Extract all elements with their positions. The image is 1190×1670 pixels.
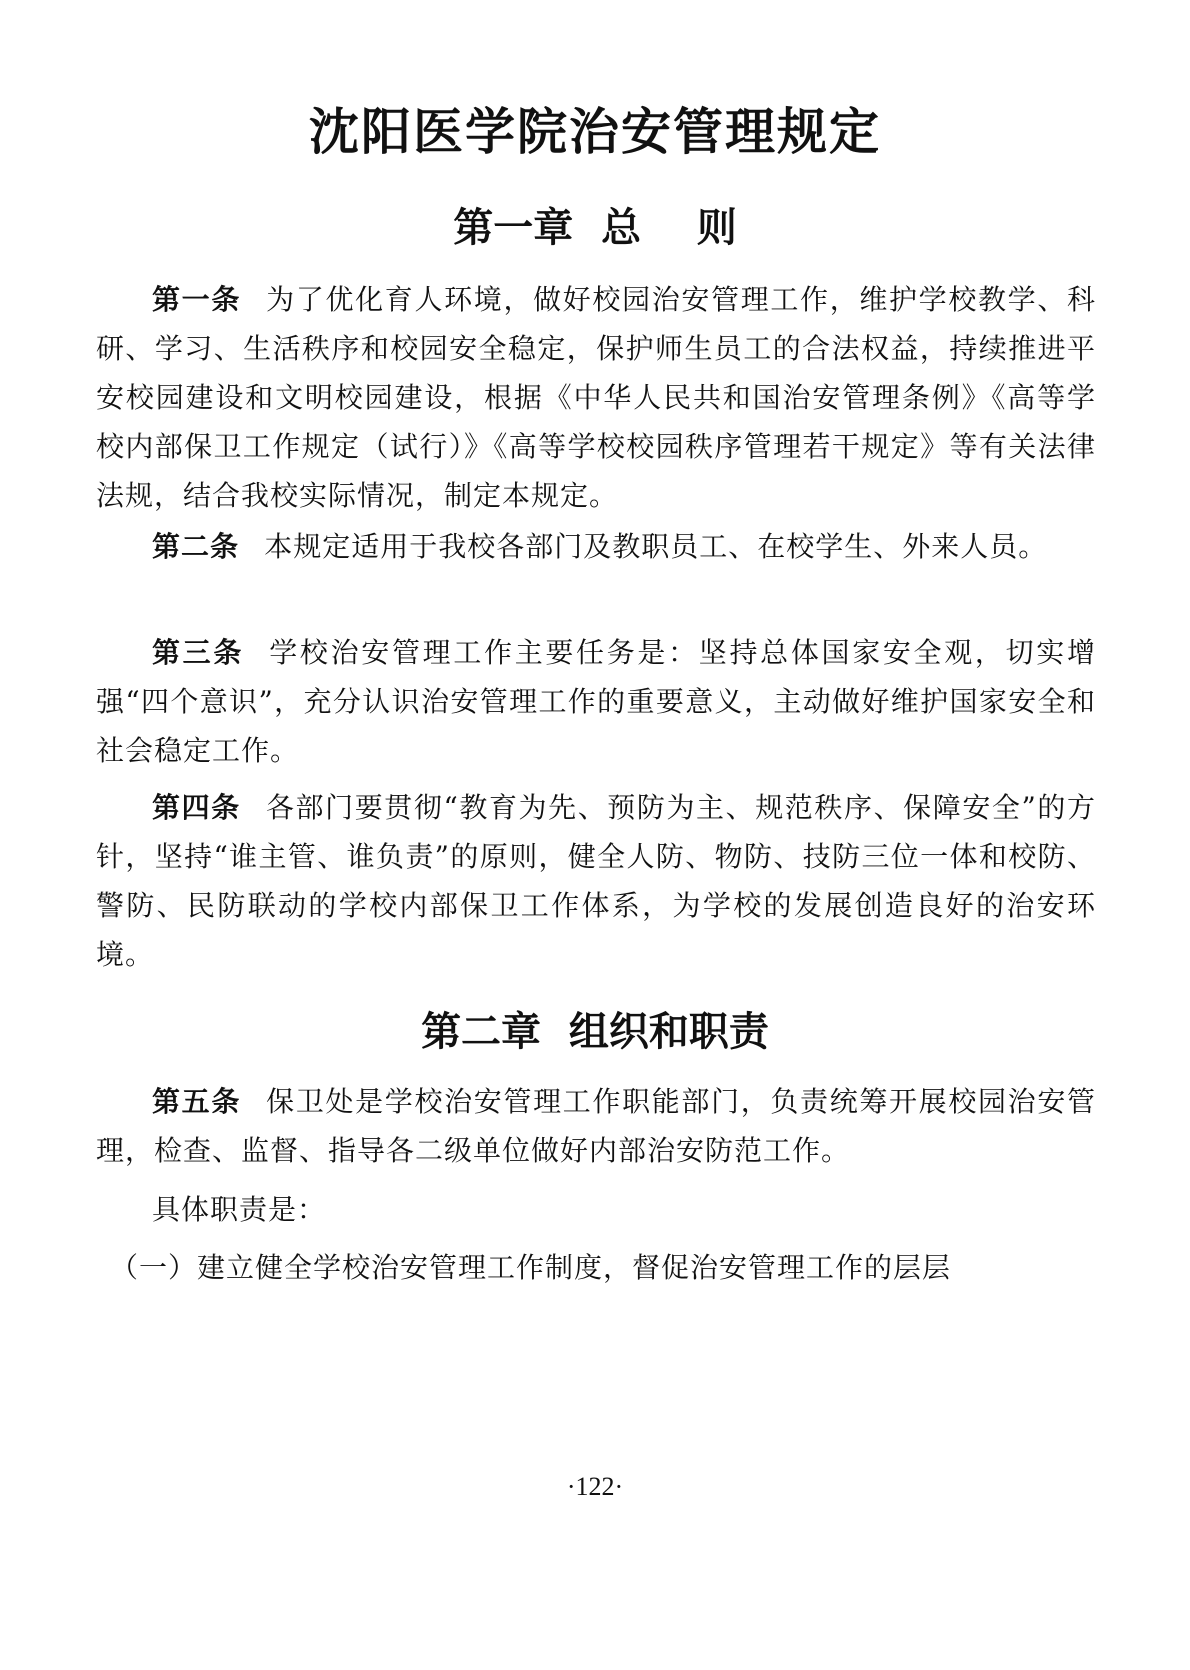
duties-intro: 具体职责是： <box>96 1185 1096 1234</box>
article-2: 第二条本规定适用于我校各部门及教职员工、在校学生、外来人员。 <box>96 522 1096 571</box>
duty-item-1: （一）建立健全学校治安管理工作制度，督促治安管理工作的层层 <box>96 1243 1096 1292</box>
article-4: 第四条各部门要贯彻“教育为先、预防为主、规范秩序、保障安全”的方针，坚持“谁主管… <box>96 783 1096 979</box>
article-5: 第五条保卫处是学校治安管理工作职能部门，负责统筹开展校园治安管理，检查、监督、指… <box>96 1077 1096 1175</box>
article-text: 学校治安管理工作主要任务是：坚持总体国家安全观，切实增强“四个意识”，充分认识治… <box>96 636 1096 767</box>
chapter-heading-1: 第一章 总 则 <box>0 196 1190 253</box>
article-label: 第四条 <box>152 791 241 824</box>
article-text: 为了优化育人环境，做好校园治安管理工作，维护学校教学、科研、学习、生活秩序和校园… <box>96 283 1096 512</box>
article-label: 第一条 <box>152 283 241 316</box>
chapter-heading-2: 第二章 组织和职责 <box>0 1000 1190 1057</box>
article-text: 保卫处是学校治安管理工作职能部门，负责统筹开展校园治安管理，检查、监督、指导各二… <box>96 1085 1096 1167</box>
document-title: 沈阳医学院治安管理规定 <box>0 92 1190 164</box>
article-text: 本规定适用于我校各部门及教职员工、在校学生、外来人员。 <box>264 530 1047 563</box>
article-1: 第一条为了优化育人环境，做好校园治安管理工作，维护学校教学、科研、学习、生活秩序… <box>96 275 1096 520</box>
article-3: 第三条学校治安管理工作主要任务是：坚持总体国家安全观，切实增强“四个意识”，充分… <box>96 628 1096 775</box>
article-label: 第二条 <box>152 530 239 563</box>
page-number: ·122· <box>0 1472 1190 1502</box>
article-label: 第三条 <box>152 636 244 669</box>
article-label: 第五条 <box>152 1085 241 1118</box>
article-text: 各部门要贯彻“教育为先、预防为主、规范秩序、保障安全”的方针，坚持“谁主管、谁负… <box>96 791 1096 971</box>
document-page: 沈阳医学院治安管理规定 第一章 总 则 第一条为了优化育人环境，做好校园治安管理… <box>0 0 1190 1670</box>
